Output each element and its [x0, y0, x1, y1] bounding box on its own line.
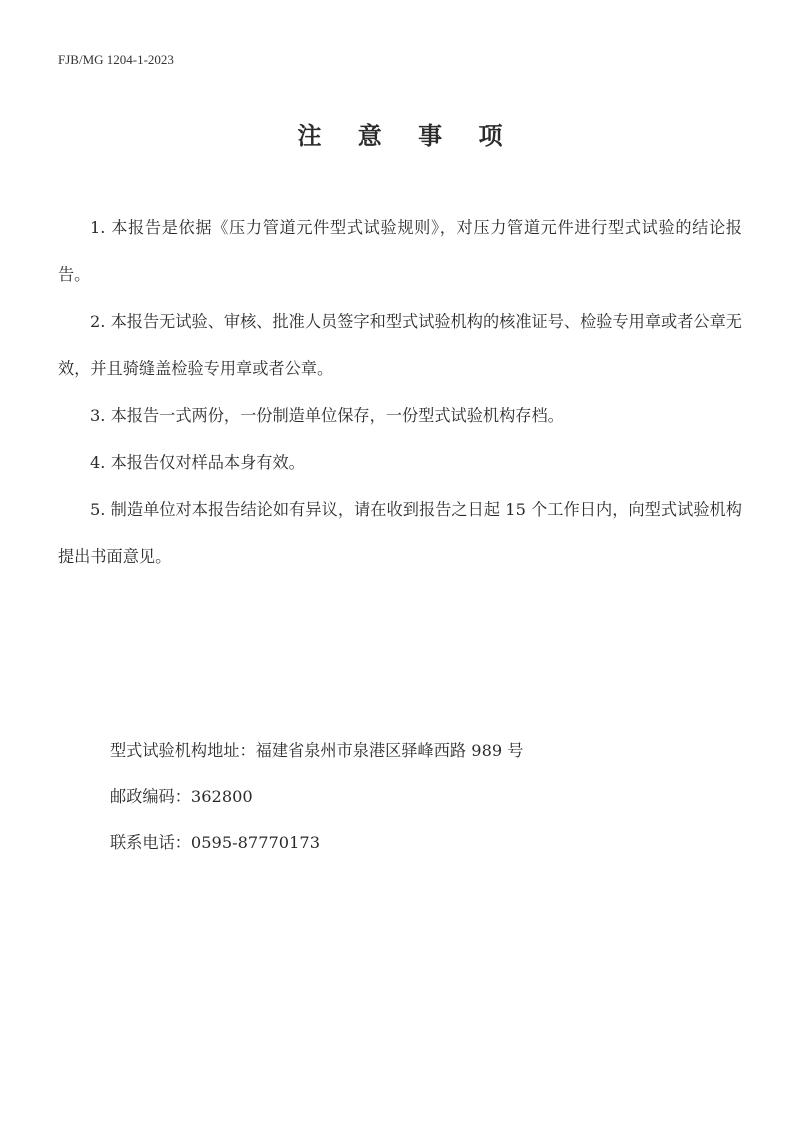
- postal-code: 邮政编码：362800: [110, 774, 524, 820]
- page-title: 注 意 事 项: [0, 116, 800, 151]
- contact-phone: 联系电话：0595-87770173: [110, 820, 524, 866]
- note-item-2: 2. 本报告无试验、审核、批准人员签字和型式试验机构的核准证号、检验专用章或者公…: [58, 298, 742, 392]
- document-code: FJB/MG 1204-1-2023: [58, 52, 174, 68]
- notes-list: 1. 本报告是依据《压力管道元件型式试验规则》，对压力管道元件进行型式试验的结论…: [58, 204, 742, 580]
- institution-address: 型式试验机构地址：福建省泉州市泉港区驿峰西路 989 号: [110, 728, 524, 774]
- note-item-3: 3. 本报告一式两份，一份制造单位保存，一份型式试验机构存档。: [58, 392, 742, 439]
- note-item-1: 1. 本报告是依据《压力管道元件型式试验规则》，对压力管道元件进行型式试验的结论…: [58, 204, 742, 298]
- note-item-5: 5. 制造单位对本报告结论如有异议，请在收到报告之日起 15 个工作日内，向型式…: [58, 486, 742, 580]
- contact-info: 型式试验机构地址：福建省泉州市泉港区驿峰西路 989 号 邮政编码：362800…: [110, 728, 524, 866]
- note-item-4: 4. 本报告仅对样品本身有效。: [58, 439, 742, 486]
